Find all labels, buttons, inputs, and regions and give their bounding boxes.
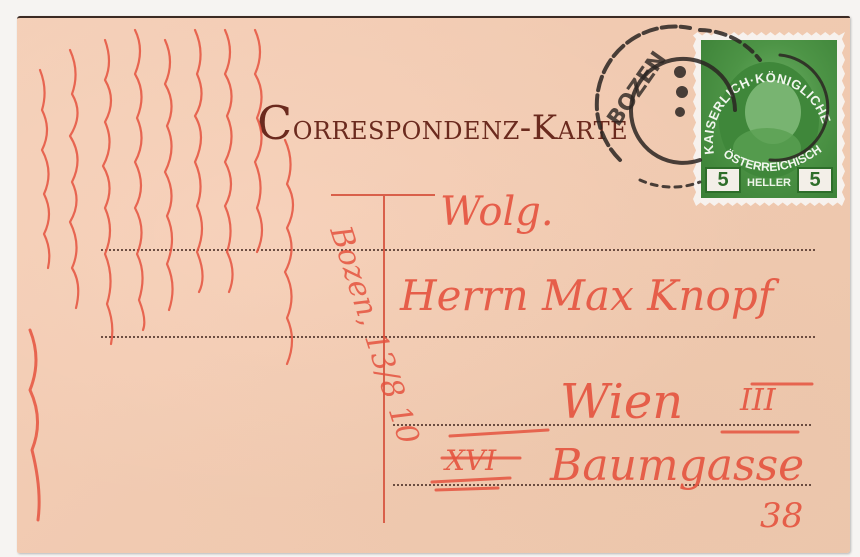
address-recipient: Herrn Max Knopf xyxy=(399,271,780,320)
postmark-town: BOZEN xyxy=(603,47,672,131)
address-struck-district: XVI xyxy=(443,444,497,477)
address-prefix: Wolg. xyxy=(440,189,554,235)
place-date: Bozen, 13/8 10 xyxy=(322,221,426,449)
address-city: Wien xyxy=(560,374,683,430)
address-district: III xyxy=(739,383,777,418)
message-handwriting xyxy=(30,30,293,520)
ink-layer: BOZEN Bozen, 13/8 10 Wolg. Herrn Max Kno… xyxy=(0,0,860,557)
address-street: Baumgasse xyxy=(549,440,804,491)
address-house-number: 38 xyxy=(760,496,803,536)
